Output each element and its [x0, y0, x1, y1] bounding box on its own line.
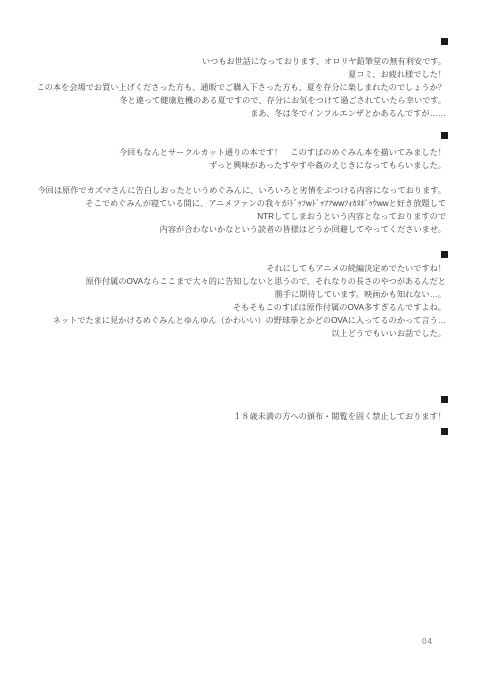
- text-line: それにしてもアニメの続編決定めでたいですね！: [20, 262, 446, 275]
- text-line: 勝手に期待しています。映画かも知れない…。: [20, 288, 446, 301]
- text-line: 今回もなんとサークルカット通りの本です！ このすばのめぐみん本を描いてみました！: [20, 146, 446, 159]
- text-line: １８歳未満の方への頒布・閲覧を固く禁止しております！: [20, 410, 446, 423]
- text-line: そもそもこのすばは原作付属のOVA多すぎるんですよね。: [20, 301, 446, 314]
- greeting-paragraph: いつもお世話になっております、オロリヤ鉛筆堂の無有利安です。夏コミ、お疲れ様でし…: [20, 55, 446, 120]
- text-line: いつもお世話になっております、オロリヤ鉛筆堂の無有利安です。: [20, 55, 446, 68]
- page-number: 04: [422, 637, 433, 646]
- section-marker-icon: [441, 251, 448, 258]
- text-line: まあ、冬は冬でインフルエンザとかあるんですが……: [20, 107, 446, 120]
- anime-talk-paragraph: それにしてもアニメの続編決定めでたいですね！原作付属のOVAならここまで大々的に…: [20, 262, 446, 340]
- text-line: 以上どうでもいいお話でした。: [20, 327, 446, 340]
- text-line: この本を会場でお買い上げくださった方も、通販でご購入下さった方も、夏を存分に楽し…: [20, 81, 446, 94]
- afterword-page: いつもお世話になっております、オロリヤ鉛筆堂の無有利安です。夏コミ、お疲れ様でし…: [0, 0, 480, 685]
- book-intro-paragraph: 今回もなんとサークルカット通りの本です！ このすばのめぐみん本を描いてみました！…: [20, 146, 446, 172]
- text-line: 内容が合わないかなという読者の皆様はどうか回避してやってくださいませ。: [20, 223, 446, 236]
- text-line: NTRしてしまおうという内容となっておりますので: [20, 210, 446, 223]
- age-restriction-notice: １８歳未満の方への頒布・閲覧を固く禁止しております！: [20, 410, 446, 423]
- section-marker-icon: [441, 396, 448, 403]
- section-marker-icon: [441, 38, 448, 45]
- text-line: 夏コミ、お疲れ様でした！: [20, 68, 446, 81]
- text-line: 冬と違って健康危機のある夏ですので、存分にお気をつけて過ごされていたら幸いです。: [20, 94, 446, 107]
- content-warning-paragraph: 今回は原作でカズマさんに告白しおったというめぐみんに、いろいろと劣情をぶつける内…: [20, 184, 446, 236]
- text-line: そこでめぐみんが寝ている間に、アニメファンの我々がﾄﾞｩﾌwﾄﾞｩﾌﾌwwﾌｫｶ…: [20, 197, 446, 210]
- section-marker-icon: [441, 132, 448, 139]
- text-line: ずっと興味があったすやすや姦のえじきになってもらいました。: [20, 159, 446, 172]
- text-line: 原作付属のOVAならここまで大々的に告知しないと思うので、それなりの長さのやつが…: [20, 275, 446, 288]
- text-line: ネットでたまに見かけるめぐみんとゆんゆん（かわいい）の野球拳とかどのOVAに入っ…: [20, 314, 446, 327]
- section-marker-icon: [441, 428, 448, 435]
- text-line: 今回は原作でカズマさんに告白しおったというめぐみんに、いろいろと劣情をぶつける内…: [20, 184, 446, 197]
